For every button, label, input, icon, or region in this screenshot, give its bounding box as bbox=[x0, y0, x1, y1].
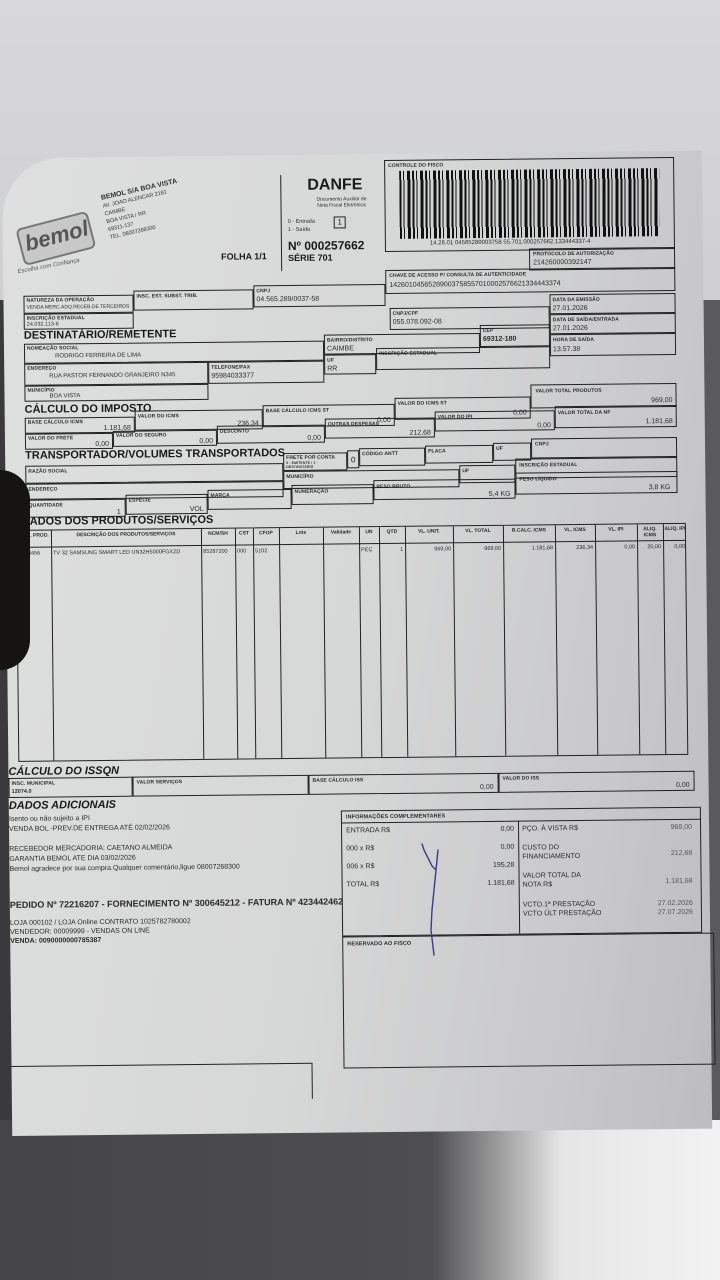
reservado-label: RESERVADO AO FISCO bbox=[347, 941, 411, 948]
natureza-value: VENDA MERC.ADQ.RECEB.DE TERCEIROS bbox=[27, 304, 130, 311]
total-prod-label: VALOR TOTAL PRODUTOS bbox=[535, 388, 601, 395]
municipio-value: BOA VISTA bbox=[49, 393, 80, 399]
peso-liquido-value: 3,8 KG bbox=[649, 484, 671, 491]
col-header: CST bbox=[235, 530, 253, 536]
dest-ie-label: INSCRIÇÃO ESTADUAL bbox=[379, 350, 437, 357]
peso-liquido-box: PESO LÍQUIDO 3,8 KG bbox=[515, 471, 677, 495]
peso-bruto-box: PESO BRUTO 5,4 KG bbox=[373, 479, 515, 500]
chave-label: CHAVE DE ACESSO P/ CONSULTA DE AUTENTICI… bbox=[389, 272, 526, 279]
valor-icms-label: VALOR DO ICMS bbox=[138, 413, 179, 419]
vista-value: 969,00 bbox=[671, 824, 692, 831]
danfe-document: bemol Escolha com Confiança BEMOL S/A BO… bbox=[2, 151, 712, 1136]
handwritten-mark bbox=[418, 840, 448, 960]
ie-value: 24.032.113-6 bbox=[27, 321, 59, 327]
base-iss-value: 0,00 bbox=[480, 784, 494, 791]
danfe-title: DANFE bbox=[307, 176, 362, 195]
protocolo-value: 214260000392147 bbox=[533, 259, 591, 267]
hora-value: 13.57.38 bbox=[553, 346, 580, 353]
natureza-box: NATUREZA DA OPERAÇÃO VENDA MERC.ADQ.RECE… bbox=[23, 295, 133, 314]
dest-cpf: 055.078.092-08 bbox=[393, 318, 442, 326]
vista-label: PÇO. À VISTA R$ bbox=[522, 825, 578, 833]
ie-st-box: INSC. EST. SUBST. TRIB. bbox=[133, 289, 253, 310]
transp-endereco-label: ENDEREÇO bbox=[28, 486, 57, 492]
transporte-title: TRANSPORTADOR/VOLUMES TRANSPORTADOS bbox=[25, 447, 285, 462]
adicional-extra-line: LOJA 000102 / LOJA Online CONTRATO 10257… bbox=[10, 918, 191, 927]
razao-label: RAZÃO SOCIAL bbox=[28, 468, 67, 474]
cnpj-label: CNPJ bbox=[256, 288, 270, 294]
parcela-label: TOTAL R$ bbox=[347, 881, 380, 888]
frete-value: 0,00 bbox=[95, 441, 109, 448]
antt-label: CÓDIGO ANTT bbox=[362, 451, 398, 457]
parcela-value: 0,00 bbox=[462, 844, 514, 852]
produtos-title: DADOS DOS PRODUTOS/SERVIÇOS bbox=[22, 514, 214, 528]
col-header: CFOP bbox=[253, 530, 279, 536]
peso-liquido-label: PESO LÍQUIDO bbox=[519, 476, 556, 482]
ie-box: INSCRIÇÃO ESTADUAL 24.032.113-6 bbox=[24, 313, 134, 330]
adicionais-title: DADOS ADICIONAIS bbox=[9, 799, 116, 812]
emissao-box: DATA DA EMISSÃO 27.01.2026 bbox=[549, 293, 675, 314]
chave-box: CHAVE DE ACESSO P/ CONSULTA DE AUTENTICI… bbox=[385, 267, 675, 294]
reservado-fisco-box: RESERVADO AO FISCO bbox=[342, 933, 715, 1069]
desconto-label: DESCONTO bbox=[220, 428, 249, 434]
total-nota-value: 1.181,68 bbox=[665, 878, 692, 885]
base-iss-box: BASE CÁLCULO ISS 0,00 bbox=[308, 773, 498, 795]
adicional-line: Bemol agradece por sua compra.Qualquer c… bbox=[9, 864, 239, 873]
emissao-label: DATA DA EMISSÃO bbox=[552, 297, 599, 303]
danfe-subtitle: Documento Auxiliar de Nota Fiscal Eletrô… bbox=[311, 196, 371, 209]
uf-label: UF bbox=[327, 358, 334, 364]
emissao-value: 27.01.2026 bbox=[553, 305, 588, 312]
danfe-box: DANFE Documento Auxiliar de Nota Fiscal … bbox=[280, 174, 385, 271]
parcelas-list: ENTRADA R$0,00000 x R$0,00006 x R$195,28… bbox=[342, 808, 700, 812]
table-cell: 5102 bbox=[255, 548, 277, 554]
valor-iss-label: VALOR DO ISS bbox=[502, 775, 539, 781]
transp-ie-label: INSCRIÇÃO ESTADUAL bbox=[519, 462, 577, 469]
transp-uf-label: UF bbox=[496, 446, 503, 452]
custo-label: CUSTO DO FINANCIAMENTO bbox=[522, 843, 602, 862]
seguro-label: VALOR DO SEGURO bbox=[116, 432, 167, 439]
col-header: VL. ICMS bbox=[555, 527, 595, 533]
frete-label: VALOR DO FRETE bbox=[28, 435, 73, 441]
complementares-label: INFORMAÇÕES COMPLEMENTARES bbox=[346, 813, 445, 820]
frete-conta-options: 0 - EMITENTE / 1 - DESTINATÁRIO bbox=[286, 461, 336, 470]
placa-box: PLACA bbox=[425, 445, 493, 464]
col-header: Validade bbox=[323, 529, 359, 535]
destinatario-title: DESTINATÁRIO/REMETENTE bbox=[24, 328, 177, 342]
fone-value: 95984033377 bbox=[211, 372, 254, 379]
saida-value: 27.01.2026 bbox=[553, 325, 588, 332]
bemol-logo: bemol bbox=[15, 211, 96, 266]
saida-label: DATA DE SAÍDA/ENTRADA bbox=[553, 317, 619, 324]
placa-label: PLACA bbox=[428, 448, 446, 454]
adicional-line: RECEBEDOR MERCADORIA: CAETANO ALMEIDA bbox=[9, 844, 172, 853]
chave-value: 1426010456528900375855701000257662133444… bbox=[389, 280, 560, 289]
transp-municipio-label: MUNICÍPIO bbox=[286, 474, 313, 480]
col-header: VL. IPI bbox=[595, 526, 637, 532]
frete-box: VALOR DO FRETE 0,00 bbox=[25, 433, 113, 450]
dest-endereco-label: ENDEREÇO bbox=[27, 365, 56, 371]
bottom-line bbox=[12, 1063, 312, 1067]
total-prod-value: 969,00 bbox=[651, 397, 672, 404]
cep-box: CEP 69312-180 bbox=[480, 324, 550, 347]
total-nota-label: VALOR TOTAL DA NOTA R$ bbox=[523, 871, 593, 890]
table-cell: TV 32 SAMSUNG SMART LED UN32H5000FGXZD bbox=[53, 549, 199, 557]
valor-servicos-box: VALOR SERVIÇOS bbox=[132, 775, 308, 797]
saida-label: 1 - Saída bbox=[288, 227, 310, 233]
bairro-value: CAIMBE bbox=[327, 345, 354, 352]
fone-box: TELEFONE/FAX 95984033377 bbox=[208, 361, 324, 384]
parcela-value: 195,28 bbox=[462, 862, 514, 870]
saida-box: DATA DE SAÍDA/ENTRADA 27.01.2026 bbox=[550, 313, 676, 334]
especie-value: VOL bbox=[190, 506, 204, 513]
valor-st-label: VALOR DO ICMS ST bbox=[398, 400, 447, 407]
total-nf-label: VALOR TOTAL DA NF bbox=[558, 410, 611, 417]
insc-mun-box: INSC. MUNICIPAL 12074.0 bbox=[8, 777, 132, 798]
parcela-label: ENTRADA R$ bbox=[346, 827, 390, 834]
controle-fisco: CONTROLE DO FISCO 14.26.01 0456528900375… bbox=[384, 157, 675, 252]
folha: FOLHA 1/1 bbox=[221, 251, 267, 261]
dest-ie-box: INSCRIÇÃO ESTADUAL bbox=[376, 346, 550, 370]
outras-value: 212,68 bbox=[409, 430, 430, 437]
col-header: VL. TOTAL bbox=[453, 528, 503, 535]
numeracao-label: NUMERAÇÃO bbox=[294, 489, 328, 495]
adicional-extra-line: VENDEDOR: 00009999 - VENDAS ON LINE bbox=[10, 927, 150, 935]
table-cell: 000 bbox=[237, 548, 251, 554]
vcto-ult-value: 27.07.2026 bbox=[658, 909, 693, 916]
dest-nome: RODRIGO FERREIRA DE LIMA bbox=[55, 353, 141, 360]
vcto-ult-label: VCTO ÚLT PRESTAÇÃO bbox=[523, 910, 602, 918]
outras-box: OUTRAS DESPESAS 212,68 bbox=[325, 417, 435, 438]
valor-iss-value: 0,00 bbox=[676, 782, 690, 789]
table-cell: 0,00 bbox=[597, 544, 635, 550]
col-header: UN bbox=[359, 529, 379, 535]
ie-st-label: INSC. EST. SUBST. TRIB. bbox=[136, 293, 197, 300]
dest-cpf-label: CNPJ/CPF bbox=[393, 311, 419, 317]
marca-box: MARCA bbox=[207, 489, 291, 510]
valor-iss-box: VALOR DO ISS 0,00 bbox=[498, 771, 694, 793]
tipo-box: 1 bbox=[334, 216, 346, 228]
natureza-label: NATUREZA DA OPERAÇÃO bbox=[26, 297, 94, 304]
protocolo-label: PROTOCOLO DE AUTORIZAÇÃO bbox=[533, 251, 614, 258]
hora-box: HORA DE SAÍDA 13.57.38 bbox=[550, 333, 676, 356]
cep-label: CEP bbox=[483, 328, 494, 334]
frete-conta-value: 0 bbox=[347, 450, 359, 468]
table-cell: 1.181,68 bbox=[505, 545, 553, 552]
dest-endereco: RUA PASTOR FERNANDO GRANJEIRO N345 bbox=[49, 372, 175, 379]
bairro-label: BAIRRO/DISTRITO bbox=[327, 337, 373, 343]
col-header: ALIQ. ICMS bbox=[637, 526, 663, 538]
valor-servicos-label: VALOR SERVIÇOS bbox=[137, 779, 183, 785]
nf-serie: SÉRIE 701 bbox=[288, 253, 333, 263]
col-header: NCM/SH bbox=[201, 531, 235, 537]
bottom-divider bbox=[311, 1063, 312, 1099]
transp-cnpj-box: CNPJ bbox=[531, 437, 677, 459]
cep-value: 69312-180 bbox=[483, 336, 517, 343]
ipi-box: VALOR DO IPI 0,00 bbox=[435, 410, 555, 431]
base-iss-label: BASE CÁLCULO ISS bbox=[313, 777, 364, 784]
nf-number: Nº 000257662 bbox=[288, 238, 365, 253]
transp-uf2-label: UF bbox=[462, 468, 469, 474]
vcto1-value: 27.02.2026 bbox=[658, 900, 693, 907]
controle-label: CONTROLE DO FISCO bbox=[388, 162, 443, 169]
table-cell: 0,00 bbox=[665, 544, 685, 550]
uf-box: UF RR bbox=[324, 354, 376, 375]
issuer-block: BEMOL S/A BOA VISTA AV. JOAO ALENCAR 218… bbox=[100, 178, 186, 242]
dest-endereco-box: ENDEREÇO RUA PASTOR FERNANDO GRANJEIRO N… bbox=[24, 362, 208, 386]
base-st-label: BASE CÁLCULO ICMS ST bbox=[266, 408, 329, 415]
seguro-box: VALOR DO SEGURO 0,00 bbox=[113, 430, 217, 447]
parcela-value: 0,00 bbox=[462, 826, 514, 834]
ipi-value: 0,00 bbox=[537, 422, 551, 429]
numeracao-box: NUMERAÇÃO bbox=[291, 484, 373, 505]
complementares-box: INFORMAÇÕES COMPLEMENTARES ENTRADA R$0,0… bbox=[341, 807, 702, 937]
col-header: QTD bbox=[379, 529, 405, 535]
custo-value: 212,68 bbox=[671, 850, 692, 857]
barcode bbox=[399, 168, 660, 239]
cnpj-value: 04.565.289/0037-58 bbox=[256, 296, 319, 304]
fone-label: TELEFONE/FAX bbox=[211, 364, 250, 370]
outras-label: OUTRAS DESPESAS bbox=[328, 421, 379, 428]
thumb bbox=[0, 470, 30, 670]
adicional-line: VENDA BOL -PREV.DE ENTREGA ATÉ 02/02/202… bbox=[9, 824, 170, 833]
desconto-value: 0,00 bbox=[307, 435, 321, 442]
transp-cnpj-label: CNPJ bbox=[535, 441, 549, 447]
table-cell: 236,34 bbox=[557, 545, 593, 551]
uf-value: RR bbox=[327, 366, 337, 373]
barcode-digits: 14.26.01 04565289003758 55.701.000257662… bbox=[430, 239, 591, 247]
col-header: VL. UNIT. bbox=[405, 528, 453, 535]
adicional-extra-line: VENDA: 0090000000785387 bbox=[10, 937, 101, 945]
ipi-label: VALOR DO IPI bbox=[438, 414, 473, 420]
marca-label: MARCA bbox=[211, 493, 230, 499]
peso-bruto-value: 5,4 KG bbox=[489, 491, 511, 498]
table-cell: 969,00 bbox=[455, 546, 501, 552]
quantidade-label: QUANTIDADE bbox=[29, 502, 63, 508]
frete-conta-box: FRETE POR CONTA 0 - EMITENTE / 1 - DESTI… bbox=[283, 452, 347, 471]
insc-mun-value: 12074.0 bbox=[12, 789, 32, 795]
table-cell: 969,00 bbox=[407, 546, 451, 552]
base-icms-label: BASE CÁLCULO ICMS bbox=[28, 419, 83, 426]
background-floor bbox=[0, 1120, 720, 1280]
antt-box: CÓDIGO ANTT bbox=[359, 448, 425, 467]
table-cell: PEÇ bbox=[361, 547, 377, 553]
adicional-line: Isento ou não sujeito a IPI bbox=[9, 815, 90, 823]
peso-bruto-label: PESO BRUTO bbox=[376, 484, 410, 490]
total-nf-box: VALOR TOTAL DA NF 1.181,68 bbox=[555, 405, 677, 428]
parcela-value: 1.181,68 bbox=[463, 880, 515, 888]
dest-nome-label: NOMEAÇÃO SOCIAL bbox=[27, 345, 79, 352]
col-header: ALIQ. IPI bbox=[663, 526, 687, 532]
municipio-box: MUNICÍPIO BOA VISTA bbox=[24, 384, 208, 402]
imposto-title: CÁLCULO DO IMPOSTO bbox=[25, 402, 152, 415]
cnpj-box: CNPJ 04.565.289/0037-58 bbox=[253, 284, 385, 307]
col-header: B.CALC. ICMS bbox=[503, 527, 555, 534]
seguro-value: 0,00 bbox=[199, 438, 213, 445]
col-header: DESCRIÇÃO DOS PRODUTOS/SERVIÇOS bbox=[51, 531, 201, 539]
table-cell: 85287200 bbox=[203, 549, 233, 555]
entrada-label: 0 - Entrada bbox=[288, 219, 315, 225]
table-cell: 1 bbox=[381, 547, 403, 553]
insc-mun-label: INSC. MUNICIPAL bbox=[12, 780, 56, 786]
total-nf-value: 1.181,68 bbox=[646, 418, 673, 425]
hora-label: HORA DE SAÍDA bbox=[553, 337, 594, 343]
parcela-label: 006 x R$ bbox=[346, 863, 374, 870]
vcto1-label: VCTO.1ª PRESTAÇÃO bbox=[523, 901, 595, 909]
produtos-table: CÓD. PROD.1133456DESCRIÇÃO DOS PRODUTOS/… bbox=[16, 523, 688, 762]
adicional-line: GARANTIA BEMOL ATE DIA 03/02/2026 bbox=[9, 855, 136, 863]
table-cell: 20,00 bbox=[639, 544, 661, 550]
col-header: Lote bbox=[279, 530, 323, 536]
especie-box: ESPÉCIE VOL bbox=[126, 494, 208, 515]
parcela-label: 000 x R$ bbox=[346, 845, 374, 852]
pedido-line: PEDIDO Nº 72216207 - FORNECIMENTO Nº 300… bbox=[10, 896, 343, 909]
desconto-box: DESCONTO 0,00 bbox=[217, 425, 325, 444]
especie-label: ESPÉCIE bbox=[129, 497, 151, 503]
